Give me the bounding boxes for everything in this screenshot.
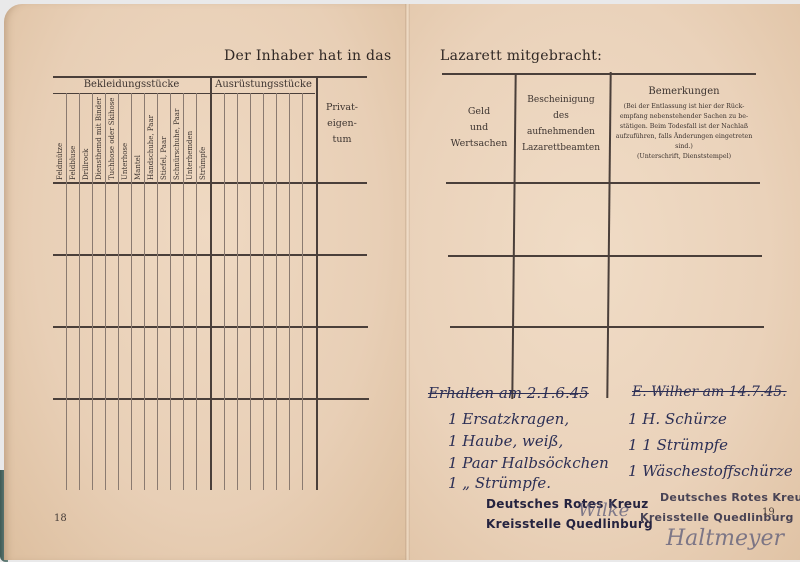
private-line: eigen-	[317, 116, 367, 132]
signature: Haltmeyer	[666, 526, 784, 551]
remarks-column-header: Bemerkungen (Bei der Entlassung ist hier…	[610, 84, 758, 162]
handwritten-item: 1 Wäschestoffschürze	[628, 462, 793, 480]
open-booklet: Der Inhaber hat in das Bekleidungsstücke…	[0, 0, 800, 562]
column-label: Stiefel, Paar	[159, 96, 169, 180]
column-label: Mantel	[133, 96, 143, 180]
grid-line	[183, 93, 184, 490]
header-line: und	[446, 120, 512, 136]
header-line: Bescheinigung	[514, 92, 608, 108]
stamp-line: Kreisstelle Quedlinburg	[640, 508, 800, 528]
column-label: Tuchhose oder Skihose	[107, 96, 117, 180]
grid-line	[79, 93, 80, 490]
grid-line	[66, 93, 67, 490]
received-date-right: E. Wilher am 14.7.45.	[632, 384, 787, 400]
handwritten-item: 1 „ Strümpfe.	[448, 474, 551, 492]
grid-line	[237, 93, 238, 490]
grid-line	[302, 93, 303, 490]
private-line: Privat-	[317, 100, 367, 116]
left-page-number: 18	[54, 513, 67, 524]
left-page-heading: Der Inhaber hat in das	[224, 48, 391, 64]
column-label: Feldbluse	[68, 96, 78, 180]
header-line: Lazarettbeamten	[514, 140, 608, 156]
grid-line	[131, 93, 132, 490]
remarks-line: stätigen. Beim Todesfall ist der Nachlaß	[610, 122, 758, 132]
header-line: Wertsachen	[446, 136, 512, 152]
grid-line	[105, 93, 106, 490]
handwritten-item: 1 Paar Halbsöckchen	[448, 454, 609, 472]
header-line: des	[514, 108, 608, 124]
header-bottom-rule	[446, 182, 760, 184]
grid-line	[289, 93, 290, 490]
received-date-left: Erhalten am 2.1.6.45	[428, 384, 589, 402]
column-label: Diensthemd mit Binder	[94, 96, 104, 180]
private-line: tum	[317, 132, 367, 148]
grid-line	[250, 93, 251, 490]
header-line: Geld	[446, 104, 512, 120]
grid-line	[170, 93, 171, 490]
grid-line	[118, 93, 119, 490]
signature: Wilke	[578, 500, 629, 521]
table-top-rule	[442, 73, 756, 75]
column-label: Feldmütze	[55, 96, 65, 180]
right-page-heading: Lazarett mitgebracht:	[440, 48, 602, 64]
remarks-line: empfang nebenstehender Sachen zu be-	[610, 112, 758, 122]
remarks-title: Bemerkungen	[610, 84, 758, 100]
column-label: Schnürschuhe, Paar	[172, 96, 182, 180]
certificate-column-header: Bescheinigung des aufnehmenden Lazarettb…	[514, 92, 608, 156]
remarks-line: sind.)	[610, 142, 758, 152]
right-page-number: 19	[762, 507, 775, 518]
private-property-label: Privat- eigen- tum	[317, 100, 367, 148]
grid-line	[196, 93, 197, 490]
clothing-group-label: Bekleidungsstücke	[53, 77, 210, 93]
grid-line	[224, 93, 225, 490]
handwritten-item: 1 1 Strümpfe	[628, 436, 728, 454]
red-cross-stamp: Deutsches Rotes Kreuz Kreisstelle Quedli…	[640, 488, 800, 528]
column-label: Drillrock	[81, 96, 91, 180]
column-divider	[210, 76, 212, 490]
remarks-line: (Bei der Entlassung ist hier der Rück-	[610, 102, 758, 112]
grid-line	[144, 93, 145, 490]
handwritten-item: 1 H. Schürze	[628, 410, 727, 428]
handwritten-item: 1 Ersatzkragen,	[448, 410, 569, 428]
row-rule	[448, 255, 762, 257]
column-label: Handschuhe, Paar	[146, 96, 156, 180]
grid-line	[276, 93, 277, 490]
stamp-line: Deutsches Rotes Kreuz	[640, 488, 800, 508]
grid-line	[157, 93, 158, 490]
column-label: Unterhose	[120, 96, 130, 180]
remarks-line: (Unterschrift, Dienststempel)	[610, 152, 758, 162]
book-spine	[405, 4, 410, 560]
handwritten-item: 1 Haube, weiß,	[448, 432, 563, 450]
grid-line	[92, 93, 93, 490]
equipment-group-label: Ausrüstungsstücke	[211, 77, 316, 93]
column-label: Strümpfe	[198, 96, 208, 180]
remarks-line: aufzuführen, falls Änderungen eingetrete…	[610, 132, 758, 142]
header-line: aufnehmenden	[514, 124, 608, 140]
column-label: Unterhemden	[185, 96, 195, 180]
grid-line	[263, 93, 264, 490]
money-column-header: Geld und Wertsachen	[446, 104, 512, 152]
